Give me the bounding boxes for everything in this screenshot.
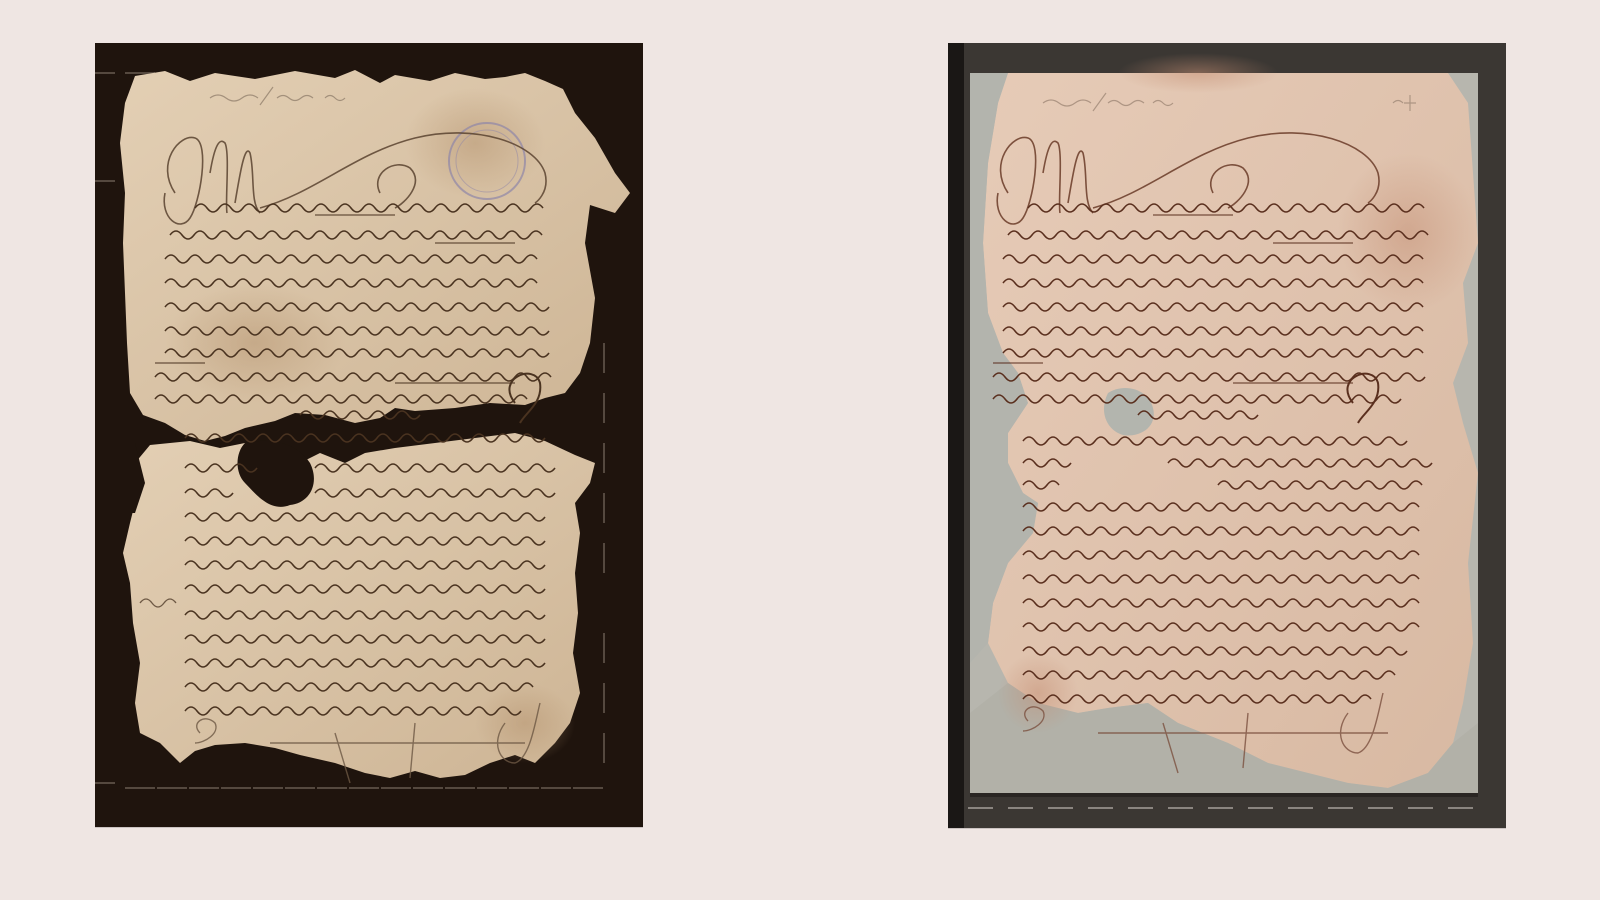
manuscript-before-photo <box>95 43 643 827</box>
manuscript-before-image <box>95 43 643 827</box>
mount-left-edge <box>948 43 964 828</box>
loss-hole-left <box>95 443 145 513</box>
manuscript-after-image <box>948 43 1506 828</box>
comparison-stage <box>0 0 1600 900</box>
manuscript-after-photo <box>948 43 1506 828</box>
